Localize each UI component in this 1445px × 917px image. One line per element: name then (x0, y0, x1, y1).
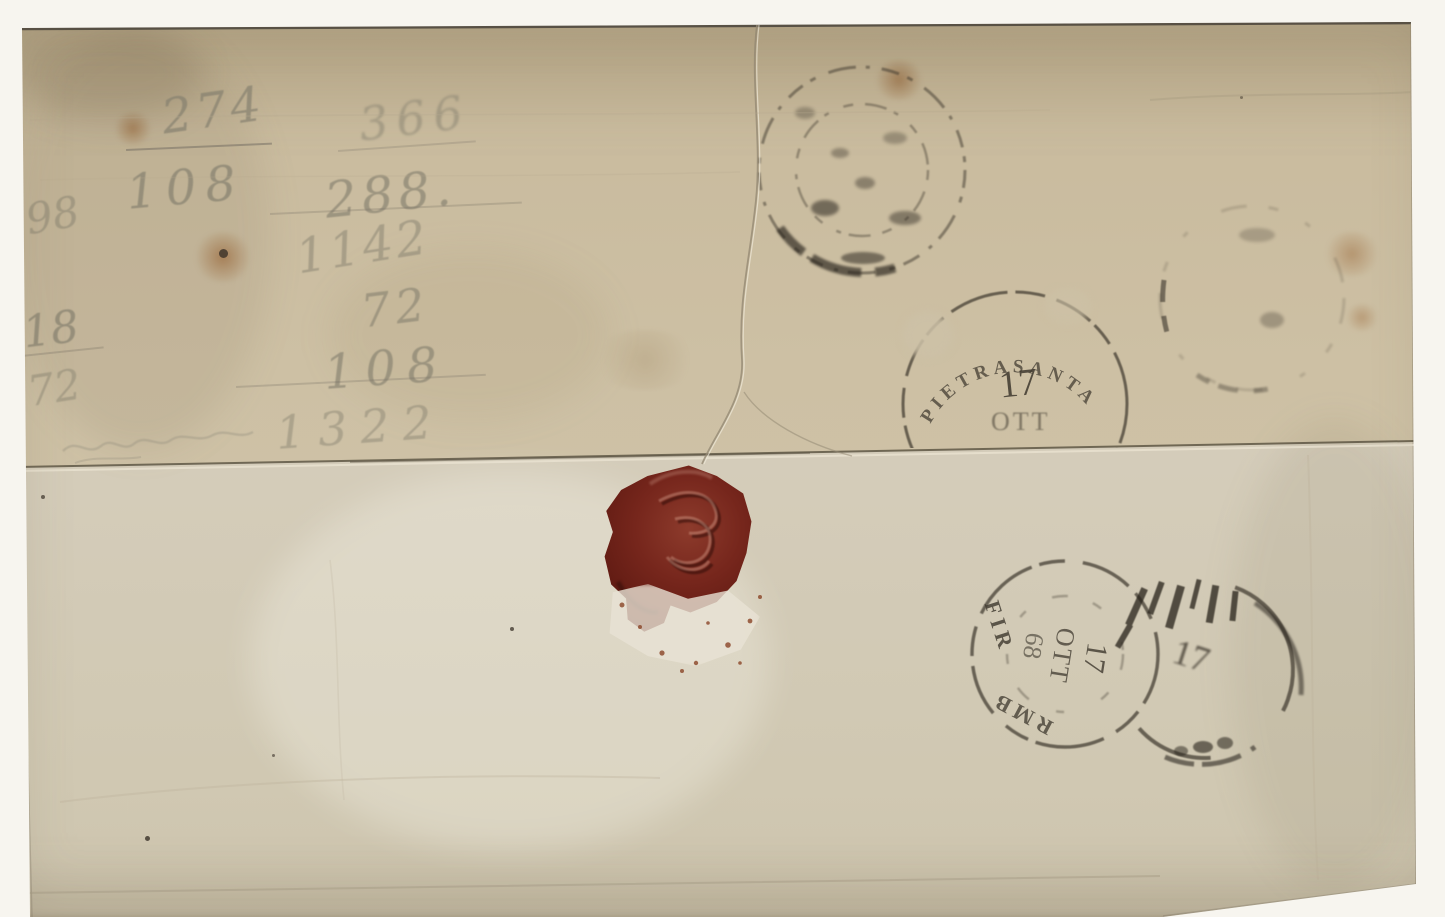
letter-back-paper: 274 366 108 288. 1142 72 108 1322 98 18 … (0, 0, 1445, 917)
paper-vignette (0, 0, 1445, 917)
scan-background: 274 366 108 288. 1142 72 108 1322 98 18 … (0, 0, 1445, 917)
